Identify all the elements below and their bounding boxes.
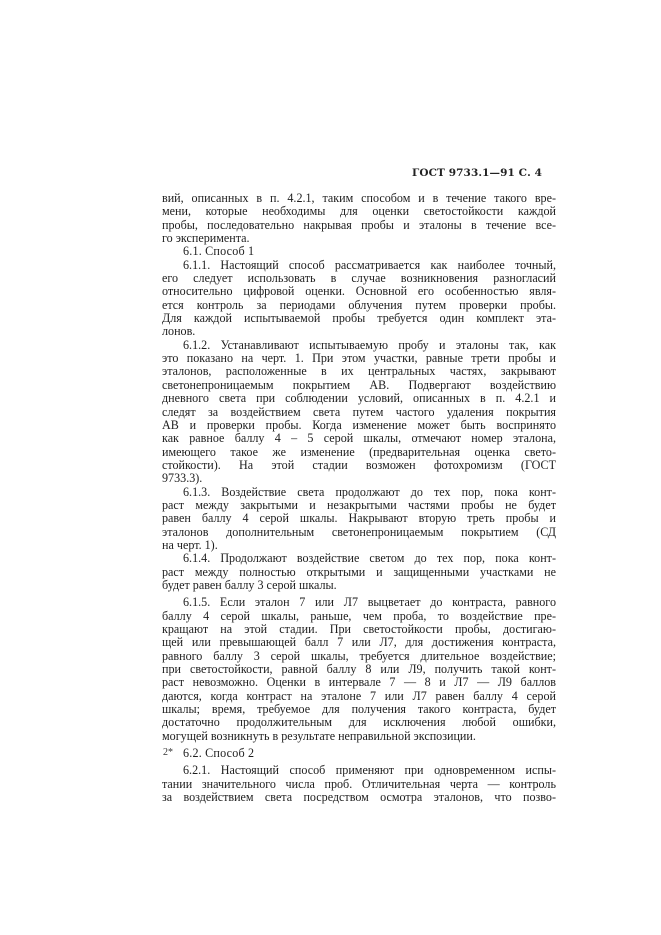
paragraph-6-2-1: 6.2.1. Настоящий способ применяют при од…: [162, 764, 556, 804]
running-head: ГОСТ 9733.1—91 С. 4: [412, 167, 542, 179]
text-line: пробы, последовательно накрывая пробы и …: [162, 219, 556, 232]
signature-mark: 2*: [163, 747, 173, 758]
text-line: на черт. 1).: [162, 539, 556, 552]
text-line: 6.1.5. Если эталон 7 или Л7 выцветает до…: [162, 596, 556, 609]
text-line: относительно цифровой оценки. Основной е…: [162, 285, 556, 298]
text-line: АВ и проверки пробы. Когда изменение мож…: [162, 419, 556, 432]
paragraph-continuation: вий, описанных в п. 4.2.1, таким способо…: [162, 192, 556, 245]
text-line: дневного света при соблюдении условий, о…: [162, 392, 556, 405]
text-line: раст между закрытыми и незакрытыми частя…: [162, 499, 556, 512]
text-line: Для каждой испытываемой пробы требуется …: [162, 312, 556, 325]
text-line: эталонов, расположенные в их центральных…: [162, 365, 556, 378]
text-line: стойкости). На этой стадии возможен фото…: [162, 459, 556, 472]
text-line: шкалы; время, требуемое для получения та…: [162, 703, 556, 716]
text-line: кращают на этой стадии. При светостойкос…: [162, 623, 556, 636]
text-line: имеющего такое же изменение (предварител…: [162, 446, 556, 459]
text-line: эталонов дополнительным светонепроницаем…: [162, 526, 556, 539]
text-line: равен баллу 4 серой шкалы. Накрывают вто…: [162, 512, 556, 525]
text-line: 6.1.2. Устанавливают испытываемую пробу …: [162, 339, 556, 352]
text-line: 6.1.3. Воздействие света продолжают до т…: [162, 486, 556, 499]
section-heading-6-2: 6.2. Способ 2: [162, 747, 556, 760]
text-line: го эксперимента.: [162, 232, 556, 245]
paragraph-6-1-3: 6.1.3. Воздействие света продолжают до т…: [162, 486, 556, 553]
text-line: 6.1.1. Настоящий способ рассматривается …: [162, 259, 556, 272]
text-line: при светостойкости, равной баллу 8 или Л…: [162, 663, 556, 676]
text-line: будет равен баллу 3 серой шкалы.: [162, 579, 556, 592]
text-line: баллу 4 серой шкалы, раньше, чем проба, …: [162, 610, 556, 623]
paragraph-6-1-2: 6.1.2. Устанавливают испытываемую пробу …: [162, 339, 556, 486]
text-line: вий, описанных в п. 4.2.1, таким способо…: [162, 192, 556, 205]
text-line: следят за воздействием света путем часто…: [162, 406, 556, 419]
text-line: даются, когда контраст на эталоне 7 или …: [162, 690, 556, 703]
text-line: раст между полностью открытыми и защищен…: [162, 566, 556, 579]
text-line: 6.1.4. Продолжают воздействие светом до …: [162, 552, 556, 565]
document-page: ГОСТ 9733.1—91 С. 4 вий, описанных в п. …: [0, 0, 661, 935]
text-line: 9733.3).: [162, 472, 556, 485]
text-line: достаточно продолжительным для исключени…: [162, 716, 556, 729]
text-line: 6.2.1. Настоящий способ применяют при од…: [162, 764, 556, 777]
text-line: как равное баллу 4 – 5 серой шкалы, отме…: [162, 432, 556, 445]
text-line: его следует использовать в случае возник…: [162, 272, 556, 285]
document-body: вий, описанных в п. 4.2.1, таким способо…: [162, 192, 556, 804]
text-line: лонов.: [162, 325, 556, 338]
text-line: это показано на черт. 1. При этом участк…: [162, 352, 556, 365]
text-line: равного баллу 3 серой шкалы, требуется д…: [162, 650, 556, 663]
text-line: светонепроницаемым покрытием АВ. Подверг…: [162, 379, 556, 392]
text-line: ется контроль за периодами облучения пут…: [162, 299, 556, 312]
section-heading-6-1: 6.1. Способ 1: [162, 245, 556, 258]
text-line: за воздействием света посредством осмотр…: [162, 791, 556, 804]
paragraph-6-1-4: 6.1.4. Продолжают воздействие светом до …: [162, 552, 556, 592]
text-line: раст невозможно. Оценки в интервале 7 — …: [162, 676, 556, 689]
text-line: щей или превышающей балл 7 или Л7, для д…: [162, 636, 556, 649]
paragraph-6-1-5: 6.1.5. Если эталон 7 или Л7 выцветает до…: [162, 596, 556, 743]
paragraph-6-1-1: 6.1.1. Настоящий способ рассматривается …: [162, 259, 556, 339]
text-line: тании значительного числа проб. Отличите…: [162, 778, 556, 791]
text-line: могущей возникнуть в результате неправил…: [162, 730, 556, 743]
text-line: мени, которые необходимы для оценки свет…: [162, 205, 556, 218]
